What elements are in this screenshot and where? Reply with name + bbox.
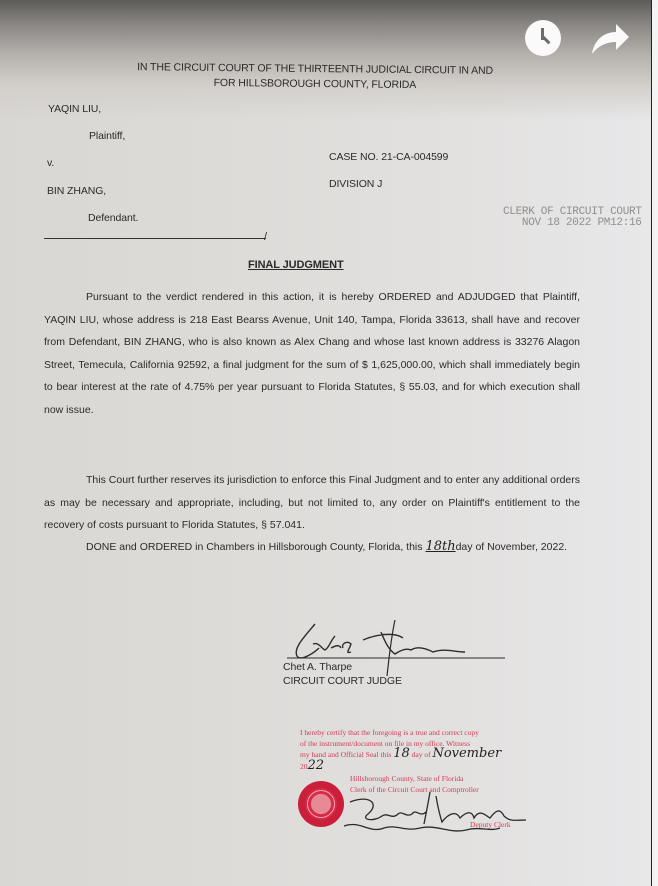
- court-document-page: IN THE CIRCUIT COURT OF THE THIRTEENTH J…: [0, 0, 652, 886]
- clerk-filing-stamp: CLERK OF CIRCUIT COURT NOV 18 2022 PM12:…: [503, 207, 642, 229]
- clerk-certification: I hereby certify that the foregoing is a…: [300, 728, 540, 772]
- done-ordered-date-text: day of November, 2022.: [456, 541, 568, 553]
- done-and-ordered-paragraph: DONE and ORDERED in Chambers in Hillsbor…: [44, 536, 580, 559]
- handwritten-cert-day: 18: [393, 746, 410, 761]
- court-header: IN THE CIRCUIT COURT OF THE THIRTEENTH J…: [80, 60, 550, 95]
- judgment-paragraph: Pursuant to the verdict rendered in this…: [44, 286, 580, 422]
- official-seal: [298, 781, 344, 827]
- handwritten-cert-month: November: [432, 746, 501, 761]
- certification-line3-mid: day of: [412, 750, 431, 759]
- certification-year: 2022: [300, 761, 540, 773]
- certification-line3: my hand and Official Seal this 18 day of…: [300, 749, 540, 761]
- caption-divider: [44, 238, 266, 239]
- case-number: CASE NO. 21-CA-004599: [329, 151, 448, 163]
- certification-county: Hillsborough County, State of Florida: [350, 774, 479, 785]
- plaintiff-label: Plaintiff,: [89, 130, 125, 142]
- certification-line1: I hereby certify that the foregoing is a…: [300, 728, 540, 739]
- judge-title: CIRCUIT COURT JUDGE: [283, 675, 402, 687]
- clerk-stamp-line2: NOV 18 2022 PM12:16: [503, 218, 642, 229]
- handwritten-cert-year: 22: [308, 758, 325, 773]
- caption-divider-slash: /: [264, 231, 267, 243]
- certification-year-prefix: 20: [300, 762, 308, 771]
- done-ordered-text: DONE and ORDERED in Chambers in Hillsbor…: [86, 541, 423, 553]
- clock-icon[interactable]: [525, 20, 561, 56]
- document-title: FINAL JUDGMENT: [248, 259, 344, 271]
- handwritten-day: 18th: [425, 539, 455, 554]
- share-icon[interactable]: [590, 22, 630, 56]
- jurisdiction-paragraph-text: This Court further reserves its jurisdic…: [44, 474, 580, 531]
- defendant-label: Defendant.: [88, 212, 138, 224]
- judgment-paragraph-text: Pursuant to the verdict rendered in this…: [44, 291, 580, 416]
- division: DIVISION J: [329, 178, 382, 190]
- versus-label: v.: [47, 157, 54, 169]
- window-edge: [651, 0, 658, 886]
- deputy-clerk-signature: [340, 790, 590, 845]
- defendant-name: BIN ZHANG,: [47, 185, 106, 197]
- jurisdiction-paragraph: This Court further reserves its jurisdic…: [44, 469, 580, 537]
- certification-line2: of the instrument/document on file in my…: [300, 739, 540, 750]
- judge-name: Chet A. Tharpe: [283, 661, 352, 673]
- plaintiff-name: YAQIN LIU,: [48, 103, 101, 115]
